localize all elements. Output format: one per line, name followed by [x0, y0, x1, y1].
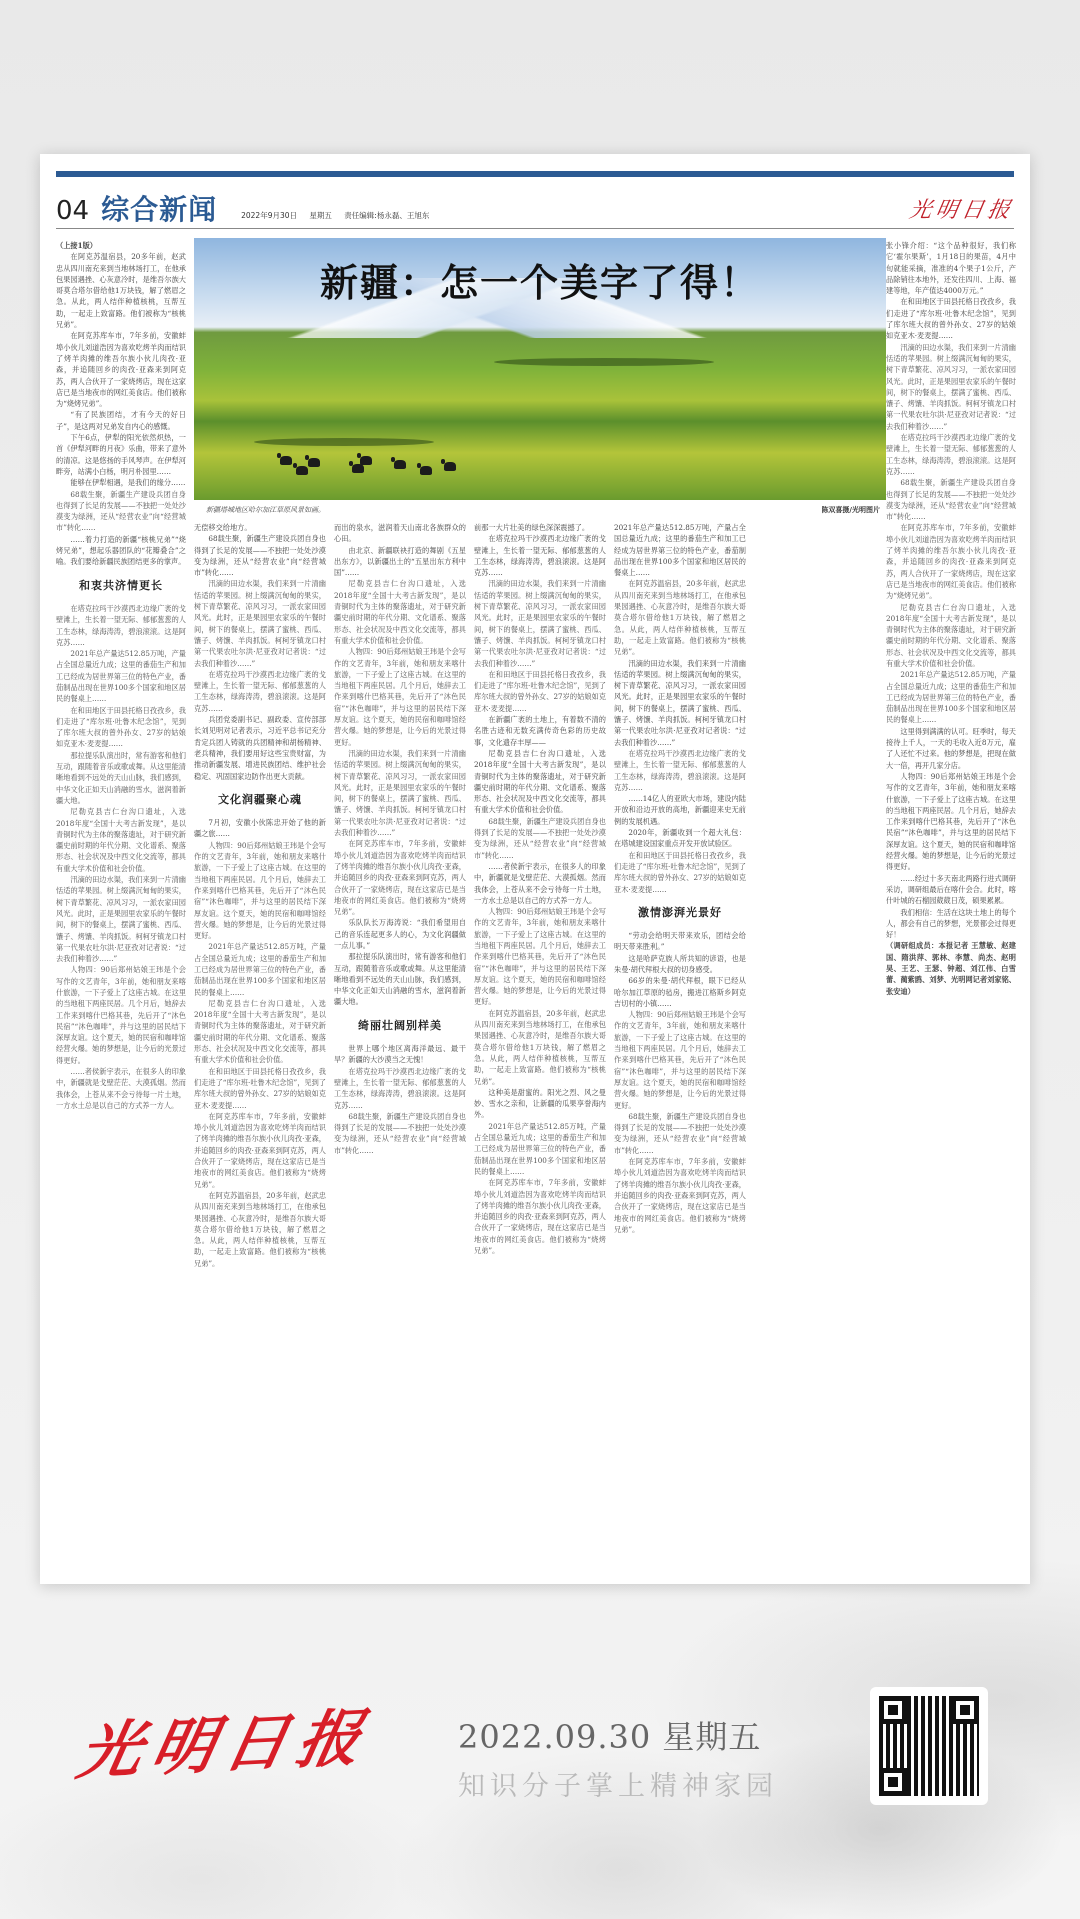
paragraph: 人物四：90后郑州姑娘王玮是个会写作的文艺青年，3年前，她和朋友来喀什旅游，一下…: [56, 964, 186, 1066]
newspaper-page: 04 综合新闻 2022年9月30日 星期五 责任编辑:杨永磊、王旭东 光明日报…: [40, 154, 1030, 1584]
subhead-passion: 激情澎湃光景好: [614, 907, 746, 918]
paragraph: 张小锋介绍：“这个品种很好，我们称它‘霍尔果斯’，1月18日的果苗，4月中旬就能…: [886, 240, 1016, 296]
paragraph: 在塔克拉玛干沙漠西北边缘广袤的戈壁滩上，生长着一望无际、郁郁葱葱的人工生态林，绿…: [474, 533, 606, 578]
paragraph: 在和田地区于田县托格日孜孜乡，我们走进了“库尔班·吐鲁木纪念馆”，见到了库尔班大…: [56, 705, 186, 750]
paragraph: 2021年总产量达512.85万吨，产量占全国总量近九成；这里的番茄生产和加工已…: [474, 1121, 606, 1177]
paragraph: 在阿克苏库车市，7年多前，安徽蚌埠小伙儿刘道浩因为喜欢吃烤羊肉而结识了烤羊肉摊的…: [334, 838, 466, 917]
page-meta: 2022年9月30日 星期五 责任编辑:杨永磊、王旭东: [241, 210, 439, 221]
paragraph: ……者侯新宇表示，在很多人的印象中，新疆就是戈壁茫茫、大漠孤烟。然而我体会，上苍…: [56, 1066, 186, 1111]
paragraph: 尼勒克县吉仁台沟口遗址，入选2018年度“全国十大考古新发现”，是以青铜时代为主…: [474, 748, 606, 816]
brand-logo-small: 光明日报: [907, 193, 1016, 224]
paragraph: 尼勒克县吉仁台沟口遗址，入选2018年度“全国十大考古新发现”，是以青铜时代为主…: [334, 578, 466, 646]
brand-logo-large: 光明日报: [72, 1688, 381, 1792]
top-blue-rule: [56, 171, 1014, 177]
paragraph: 这里得到满满的认可。旺季时，每天接待上千人，一天的毛收入近8万元，雇了人还忙不过…: [886, 726, 1016, 771]
qr-code[interactable]: [870, 1687, 988, 1805]
photo-caption: 新疆塔城地区哈尔加江草原风景如画。: [206, 505, 325, 515]
article-headline: 新疆：怎一个美字了得！: [194, 252, 886, 307]
hero-photo-grassland: 新疆：怎一个美字了得！: [194, 238, 886, 500]
paragraph: 在新疆广袤的土地上，有着数不清的名胜古迹和无数充满传奇色彩的历史故事，文化遗存丰…: [474, 714, 606, 748]
paragraph: 人物四：90后郑州姑娘王玮是个会写作的文艺青年，3年前，她和朋友来喀什旅游，一下…: [334, 646, 466, 748]
paragraph: ……经过十多天南北两路行进式调研采访，调研组最后在喀什会合。此时，喀什叶城的石榴…: [886, 873, 1016, 907]
footer-banner: 光明日报 2022.09.30 星期五 知识分子掌上精神家园: [0, 1600, 1080, 1919]
paragraph: 这是哈萨克族人所共知的谚语，也是朱曼·胡代拜根大叔的切身感受。: [614, 953, 746, 976]
paragraph: ……着力打造的新疆“核桃兄弟”“烧烤兄弟”，想起乐器团队的“花瓣叠合”之喻。我们…: [56, 534, 186, 568]
continued-from: （上接1版）: [56, 240, 186, 251]
paragraph: 在塔克拉玛干沙漠西北边缘广袤的戈壁滩上，生长着一望无际、郁郁葱葱的人工生态林，绿…: [194, 669, 326, 714]
paragraph: 无偿移交给地方。: [194, 522, 326, 533]
paragraph: 前那一大片壮美的绿色深深震撼了。: [474, 522, 606, 533]
article-column-3: 而出的泉水，滋润着天山南北各族群众的心田。 由北京、新疆联袂打造的舞剧《五星出东…: [334, 522, 466, 1570]
paragraph: 汛滴的田边水渠，我们来到一片清幽恬适的苹果园。树上缀满沉甸甸的果实，树下青草繁花…: [886, 342, 1016, 432]
article-column-6: 张小锋介绍：“这个品种很好，我们称它‘霍尔果斯’，1月18日的果苗，4月中旬就能…: [886, 240, 1016, 1570]
paragraph: 人物四：90后郑州姑娘王玮是个会写作的文艺青年，3年前，她和朋友来喀什旅游，一下…: [194, 840, 326, 942]
paragraph: 尼勒克县吉仁台沟口遗址，入选2018年度“全国十大考古新发现”，是以青铜时代为主…: [886, 602, 1016, 670]
horse-icon: [394, 460, 406, 469]
paragraph: “有了民族团结，才有今天的好日子”，是这两对兄弟发自内心的感慨。: [56, 409, 186, 432]
paragraph: 汛滴的田边水渠，我们来到一片清幽恬适的苹果园。树上缀满沉甸甸的果实，树下青草繁花…: [474, 578, 606, 668]
paragraph: 在和田地区于田县托格日孜孜乡，我们走进了“库尔班·吐鲁木纪念馆”，见到了库尔班大…: [614, 850, 746, 895]
paragraph: 尼勒克县吉仁台沟口遗址，入选2018年度“全国十大考古新发现”，是以青铜时代为主…: [194, 998, 326, 1066]
qr-finder: [951, 1696, 979, 1724]
subhead-culture: 文化润疆聚心魂: [194, 794, 326, 805]
paragraph: 那拉提乐队演出时，常有游客和他们互动，跟随着音乐或歌或舞。从这里能清晰地看到不远…: [56, 750, 186, 806]
horse-icon: [308, 458, 320, 467]
subhead-scenery: 绮丽壮阔别样美: [334, 1020, 466, 1031]
qr-code-icon: [879, 1696, 979, 1796]
subhead-harmony: 和衷共济情更长: [56, 580, 186, 591]
paragraph: 下午6点，伊犁的阳光依然炽热，一首《伊犁河畔的月夜》乐曲，带来了意外的清凉。这是…: [56, 432, 186, 477]
paragraph: 汛滴的田边水渠，我们来到一片清幽恬适的苹果园。树上缀满沉甸甸的果实，树下青草繁花…: [614, 658, 746, 748]
page-editors: 责任编辑:杨永磊、王旭东: [344, 211, 429, 220]
page-date: 2022年9月30日: [241, 211, 297, 220]
paragraph: 我们相信：生活在这块土地上的每个人，都会有自己的梦想，光景都会过得更好！: [886, 907, 1016, 941]
paragraph: 68载生聚，新疆生产建设兵团自身也得到了长足的发展——不独把一处处沙漠变为绿洲，…: [334, 1111, 466, 1156]
article-column-2: 无偿移交给地方。 68载生聚，新疆生产建设兵团自身也得到了长足的发展——不独把一…: [194, 522, 326, 1570]
meadow-shadow: [494, 358, 714, 366]
paragraph: 在阿克苏库车市，7年多前，安徽蚌埠小伙儿刘道浩因为喜欢吃烤羊肉而结识了烤羊肉摊的…: [194, 1111, 326, 1190]
research-team-credits: （调研组成员：本报记者 王慧敏、赵建国、隋洪萍、郭林、李慧、尚杰、赵明昊、王艺、…: [886, 940, 1016, 996]
paragraph: 在塔克拉玛干沙漠西北边缘广袤的戈壁滩上，生长着一望无际、郁郁葱葱的人工生态林，绿…: [56, 603, 186, 648]
paragraph: 2021年总产量达512.85万吨，产量占全国总量近九成；这里的番茄生产和加工已…: [56, 648, 186, 704]
paragraph: 在和田地区于田县托格日孜孜乡，我们走进了“库尔班·吐鲁木纪念馆”，见到了库尔班大…: [194, 1066, 326, 1111]
paragraph: ……者侯新宇表示，在很多人的印象中，新疆就是戈壁茫茫、大漠孤烟。然而我体会，上苍…: [474, 861, 606, 906]
paragraph: 能够在伊犁相遇，是我们的缘分……: [56, 477, 186, 488]
footer-slogan: 知识分子掌上精神家园: [458, 1764, 778, 1803]
paragraph: 而出的泉水，滋润着天山南北各族群众的心田。: [334, 522, 466, 545]
photo-credit: 陈双喜摄/光明图片: [821, 505, 880, 515]
paragraph: 这种美是甜蜜的。阳光之烈、风之曼妙、雪水之亲和，让新疆的瓜果享誉海内外。: [474, 1087, 606, 1121]
footer-date: 2022.09.30 星期五: [458, 1712, 761, 1758]
paragraph: 68载生聚，新疆生产建设兵团自身也得到了长足的发展——不独把一处处沙漠变为绿洲，…: [614, 1111, 746, 1156]
page-number: 04: [56, 198, 89, 224]
paragraph: 2020年，新疆收到一个超大礼包：在塔城建设国家重点开发开放试验区。: [614, 827, 746, 850]
paragraph: 68载生聚，新疆生产建设兵团自身也得到了长足的发展——不独把一处处沙漠变为绿洲，…: [886, 477, 1016, 522]
paragraph: 68载生聚，新疆生产建设兵团自身也得到了长足的发展——不独把一处处沙漠变为绿洲，…: [56, 489, 186, 534]
paragraph: 兵团党委副书记、副政委、宣传部部长刘见明对记者表示，习近平总书记充分肯定兵团人铸…: [194, 714, 326, 782]
paragraph: 人物四：90后郑州姑娘王玮是个会写作的文艺青年，3年前，她和朋友来喀什旅游，一下…: [614, 1009, 746, 1111]
article-column-4: 前那一大片壮美的绿色深深震撼了。 在塔克拉玛干沙漠西北边缘广袤的戈壁滩上，生长着…: [474, 522, 606, 1570]
paragraph: 人物四：90后郑州姑娘王玮是个会写作的文艺青年，3年前，她和朋友来喀什旅游，一下…: [474, 906, 606, 1008]
paragraph: 7月初，安徽小伙陈忠开始了他的新疆之旅……: [194, 817, 326, 840]
qr-finder: [879, 1696, 907, 1724]
paragraph: 在阿克苏库车市，7年多前，安徽蚌埠小伙儿刘道浩因为喜欢吃烤羊肉而结识了烤羊肉摊的…: [474, 1177, 606, 1256]
paragraph: 由北京、新疆联袂打造的舞剧《五星出东方》，以新疆出土的“五星出东方利中国”……: [334, 545, 466, 579]
paragraph: 2021年总产量达512.85万吨，产量占全国总量近九成；这里的番茄生产和加工已…: [614, 522, 746, 578]
horse-icon: [352, 464, 364, 473]
paragraph: ……14亿人的亚欧大市场，建设内陆开放和沿边开放的高地，新疆迎来史无前例的发展机…: [614, 793, 746, 827]
paragraph: 在阿克苏温宿县，20多年前，赵武忠从四川南充来到当地林场打工，在他承包果园遇挫、…: [194, 1190, 326, 1269]
paragraph: 世界上哪个地区离海洋最远、最干旱？新疆的大沙漠当之无愧！: [334, 1043, 466, 1066]
paragraph: 在塔克拉玛干沙漠西北边缘广袤的戈壁滩上，生长着一望无际、郁郁葱葱的人工生态林，绿…: [886, 432, 1016, 477]
paragraph: 在和田地区于田县托格日孜孜乡，我们走进了“库尔班·吐鲁木纪念馆”，见到了库尔班大…: [474, 669, 606, 714]
paragraph: 人物四：90后郑州姑娘王玮是个会写作的文艺青年，3年前，她和朋友来喀什旅游，一下…: [886, 771, 1016, 873]
paragraph: 在阿克苏温宿县，20多年前，赵武忠从四川南充来到当地林场打工，在他承包果园遇挫、…: [56, 251, 186, 330]
article-column-1: （上接1版） 在阿克苏温宿县，20多年前，赵武忠从四川南充来到当地林场打工，在他…: [56, 240, 186, 1570]
paragraph: 在阿克苏库车市，7年多前，安徽蚌埠小伙儿刘道浩因为喜欢吃烤羊肉而结识了烤羊肉摊的…: [614, 1156, 746, 1235]
paragraph: 在和田地区于田县托格日孜孜乡，我们走进了“库尔班·吐鲁木纪念馆”，见到了库尔班大…: [886, 296, 1016, 341]
paragraph: 那拉提乐队演出时，常有游客和他们互动，跟随着音乐或歌或舞。从这里能清晰地看到不远…: [334, 951, 466, 1007]
paragraph: 68载生聚，新疆生产建设兵团自身也得到了长足的发展——不独把一处处沙漠变为绿洲，…: [474, 816, 606, 861]
paragraph: 在阿克苏温宿县，20多年前，赵武忠从四川南充来到当地林场打工，在他承包果园遇挫、…: [474, 1008, 606, 1087]
paragraph: 2021年总产量达512.85万吨，产量占全国总量近九成；这里的番茄生产和加工已…: [194, 941, 326, 997]
paragraph: 2021年总产量达512.85万吨，产量占全国总量近九成；这里的番茄生产和加工已…: [886, 669, 1016, 725]
paragraph: 68载生聚，新疆生产建设兵团自身也得到了长足的发展——不独把一处处沙漠变为绿洲，…: [194, 533, 326, 578]
header-rule: [56, 228, 1014, 229]
horse-icon: [420, 466, 432, 475]
horse-icon: [444, 462, 456, 471]
page-weekday: 星期五: [309, 211, 332, 220]
horse-icon: [280, 456, 292, 465]
article-column-5: 2021年总产量达512.85万吨，产量占全国总量近九成；这里的番茄生产和加工已…: [614, 522, 746, 1570]
horse-icon: [296, 466, 308, 475]
paragraph: 尼勒克县吉仁台沟口遗址，入选2018年度“全国十大考古新发现”，是以青铜时代为主…: [56, 806, 186, 874]
paragraph: 在塔克拉玛干沙漠西北边缘广袤的戈壁滩上，生长着一望无际、郁郁葱葱的人工生态林，绿…: [334, 1066, 466, 1111]
paragraph: 汛滴的田边水渠，我们来到一片清幽恬适的苹果园。树上缀满沉甸甸的果实，树下青草繁花…: [194, 578, 326, 668]
paragraph: 汛滴的田边水渠，我们来到一片清幽恬适的苹果园。树上缀满沉甸甸的果实，树下青草繁花…: [334, 748, 466, 838]
section-title: 综合新闻: [101, 196, 217, 224]
paragraph: 66岁的朱曼·胡代拜根，眼下已经从哈尔加江草原的毡房，搬进江格斯乡阿克吉切村的小…: [614, 975, 746, 1009]
paragraph: 汛滴的田边水渠，我们来到一片清幽恬适的苹果园。树上缀满沉甸甸的果实，树下青草繁花…: [56, 874, 186, 964]
paragraph: 乐队队长万海涛说：“我们希望用自己的音乐连起更多人的心，为文化润疆做一点儿事。”: [334, 917, 466, 951]
paragraph: “劳动会给明天带来欢乐，团结会给明天带来胜利。”: [614, 930, 746, 953]
qr-finder: [879, 1768, 907, 1796]
paragraph: 在塔克拉玛干沙漠西北边缘广袤的戈壁滩上，生长着一望无际、郁郁葱葱的人工生态林，绿…: [614, 748, 746, 793]
paragraph: 在阿克苏库车市，7年多前，安徽蚌埠小伙儿刘道浩因为喜欢吃烤羊肉而结识了烤羊肉摊的…: [886, 522, 1016, 601]
page-masthead: 04 综合新闻 2022年9月30日 星期五 责任编辑:杨永磊、王旭东 光明日报: [56, 182, 1014, 224]
paragraph: 在阿克苏温宿县，20多年前，赵武忠从四川南充来到当地林场打工，在他承包果园遇挫、…: [614, 578, 746, 657]
horse-icon: [360, 456, 372, 465]
paragraph: 在阿克苏库车市，7年多前，安徽蚌埠小伙儿刘道浩因为喜欢吃烤羊肉而结识了烤羊肉摊的…: [56, 330, 186, 409]
meadow-shadow: [254, 438, 434, 446]
